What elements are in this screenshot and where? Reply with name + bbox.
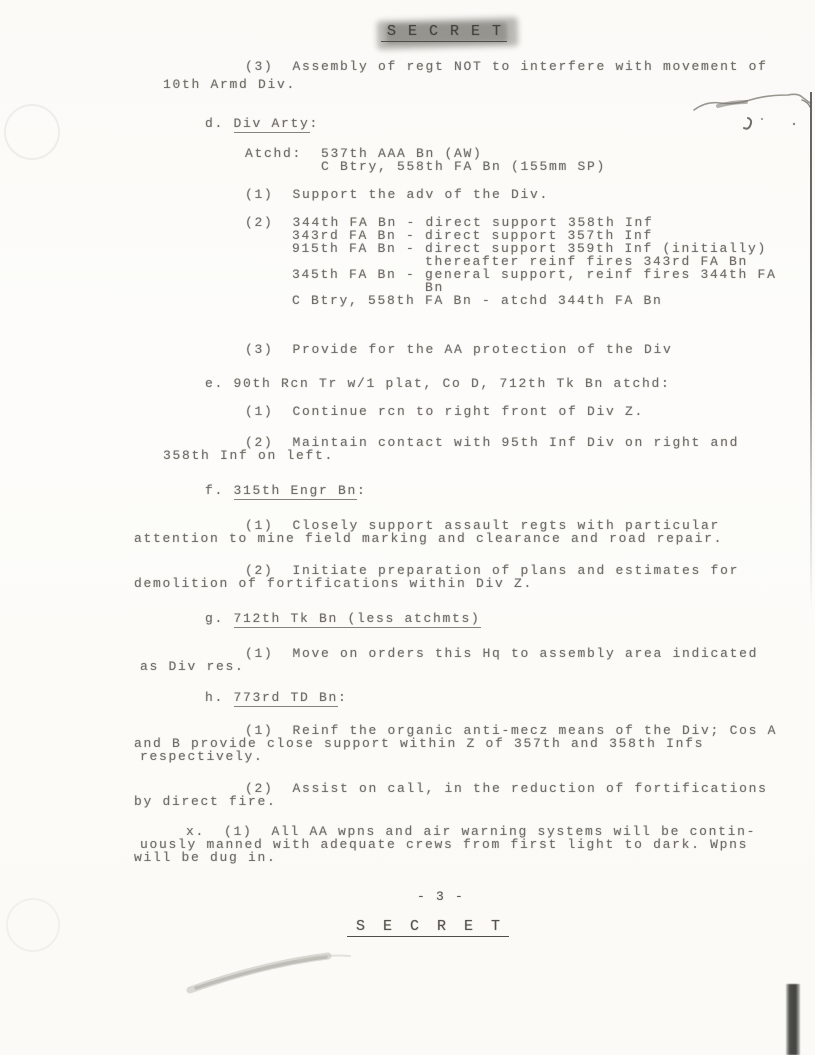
hole-punch-bottom	[6, 898, 60, 952]
line-text: attention to mine field marking and clea…	[134, 531, 723, 546]
text-line: will be dug in.	[134, 851, 277, 864]
line-text: will be dug in.	[134, 850, 277, 865]
line-text: demolition of fortifications within Div …	[134, 576, 533, 591]
text-line: (1) Support the adv of the Div.	[245, 188, 549, 201]
stamp-letter: E	[455, 918, 482, 937]
text-line: attention to mine field marking and clea…	[134, 532, 723, 545]
underlined-heading-text: 712th Tk Bn (less atchmts)	[234, 611, 481, 628]
bottom-right-scan-bar	[786, 984, 800, 1055]
text-line: respectively.	[140, 750, 264, 763]
text-line: C Btry, 558th FA Bn - atchd 344th FA Bn	[292, 294, 663, 307]
line-text: 358th Inf on left.	[163, 448, 334, 463]
pencil-smudge-icon	[178, 942, 363, 1000]
text-line: g. 712th Tk Bn (less atchmts)	[205, 612, 481, 625]
stamp-letter: S	[347, 918, 374, 937]
line-text: h.	[205, 690, 234, 705]
line-text: (1) Support the adv of the Div.	[245, 187, 549, 202]
text-line: d. Div Arty:	[205, 117, 319, 130]
text-line: demolition of fortifications within Div …	[134, 577, 533, 590]
document-page: SECRET (3) Assembly of regt NOT to inter…	[0, 0, 815, 1055]
line-text: :	[310, 116, 320, 131]
line-text: as Div res.	[140, 659, 245, 674]
line-text: by direct fire.	[134, 794, 277, 809]
text-line: (1) Move on orders this Hq to assembly a…	[245, 647, 758, 660]
stamp-letter: T	[482, 918, 509, 937]
stamp-letter: S	[381, 23, 402, 42]
classification-stamp-bottom: SECRET	[347, 918, 509, 937]
text-line: (3) Provide for the AA protection of the…	[245, 343, 673, 356]
line-text: (3) Provide for the AA protection of the…	[245, 342, 673, 357]
stamp-letter: R	[428, 918, 455, 937]
text-line: (1) Continue rcn to right front of Div Z…	[245, 405, 644, 418]
page-number: - 3 -	[417, 889, 465, 904]
line-text: C Btry, 558th FA Bn (155mm SP)	[321, 159, 606, 174]
line-text: d.	[205, 116, 234, 131]
text-line: 358th Inf on left.	[163, 449, 334, 462]
line-text: C Btry, 558th FA Bn - atchd 344th FA Bn	[292, 293, 663, 308]
line-text: (2) Assist on call, in the reduction of …	[245, 781, 768, 796]
underlined-heading-text: 773rd TD Bn	[234, 690, 339, 707]
classification-stamp-top: SECRET	[381, 23, 507, 42]
right-edge-scan-line	[810, 92, 812, 612]
text-line: by direct fire.	[134, 795, 277, 808]
line-text: f.	[205, 483, 234, 498]
line-text: (3) Assembly of regt NOT to interfere wi…	[245, 59, 768, 74]
underlined-heading-text: 315th Engr Bn	[234, 483, 358, 500]
line-text: 345th FA Bn - general support, reinf fir…	[292, 267, 777, 282]
stamp-letter: E	[402, 23, 423, 42]
line-text: (1) Move on orders this Hq to assembly a…	[245, 646, 758, 661]
text-line: 10th Armd Div.	[163, 78, 296, 91]
line-text: :	[338, 690, 348, 705]
pencil-scribble-icon	[690, 88, 815, 133]
line-text: e. 90th Rcn Tr w/1 plat, Co D, 712th Tk …	[205, 376, 671, 391]
stamp-letter: T	[486, 23, 507, 42]
text-line: C Btry, 558th FA Bn (155mm SP)	[321, 160, 606, 173]
stamp-letter: C	[423, 23, 444, 42]
text-line: 345th FA Bn - general support, reinf fir…	[292, 268, 777, 281]
line-text: (1) Continue rcn to right front of Div Z…	[245, 404, 644, 419]
hole-punch-top	[4, 104, 60, 160]
line-text: g.	[205, 611, 234, 626]
text-line: h. 773rd TD Bn:	[205, 691, 348, 704]
stamp-letter: E	[374, 918, 401, 937]
line-text: :	[357, 483, 367, 498]
text-line: (2) Assist on call, in the reduction of …	[245, 782, 768, 795]
line-text: respectively.	[140, 749, 264, 764]
underlined-heading-text: Div Arty	[234, 116, 310, 133]
stamp-letter: E	[465, 23, 486, 42]
text-line: e. 90th Rcn Tr w/1 plat, Co D, 712th Tk …	[205, 377, 671, 390]
text-line: f. 315th Engr Bn:	[205, 484, 367, 497]
stamp-letter: C	[401, 918, 428, 937]
text-line: (3) Assembly of regt NOT to interfere wi…	[245, 60, 768, 73]
line-text: 10th Armd Div.	[163, 77, 296, 92]
text-line: as Div res.	[140, 660, 245, 673]
stamp-letter: R	[444, 23, 465, 42]
